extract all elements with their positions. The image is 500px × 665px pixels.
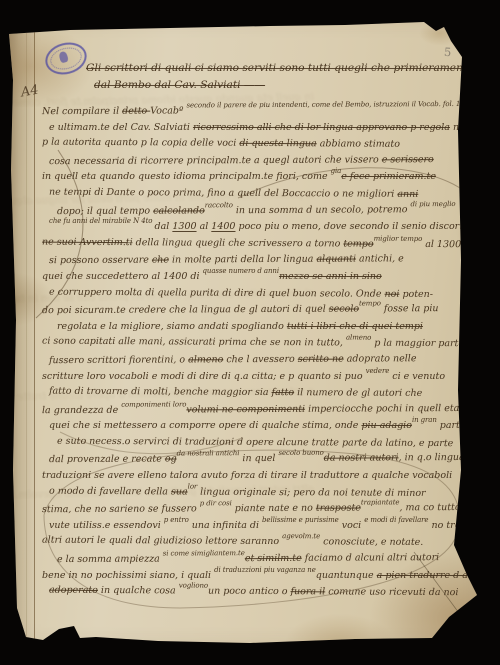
manuscript-line: cosa necessaria di ricorrere principalm.…: [42, 152, 495, 171]
manuscript-body: Nel compilare il detto Vocabº secondo il…: [42, 103, 495, 601]
manuscript-line: scritture loro vocaboli e modi di dire d…: [42, 369, 495, 386]
manuscript-line: regolata e la migliore, siamo andati spo…: [42, 319, 495, 336]
manuscript-line: fatto di trovarne di molti, benche maggi…: [42, 384, 495, 403]
manuscript-line: vute utiliss.e essendovi p entro una inf…: [42, 518, 495, 535]
heading-line: Gli scrittori di quali ci siamo serviti …: [86, 60, 473, 77]
heading-line: dal Bembo dal Cav. Salviati ——: [86, 77, 473, 94]
manuscript-page: in quell eta quando questo idioma princi…: [0, 0, 500, 665]
manuscript-line: traduzioni se avere elleno talora avuto …: [42, 468, 495, 485]
manuscript-line: bene in no pochissimi siano, i quali di …: [42, 568, 495, 585]
manuscript-line: che fu anni del mirabile N 4to dal 1300 …: [42, 219, 495, 236]
manuscript-line: in quell eta quando questo idioma princi…: [42, 169, 495, 186]
oval-library-stamp-icon: [42, 38, 91, 79]
photograph-backdrop: in quell eta quando questo idioma princi…: [0, 0, 500, 665]
manuscript-line: fussero scrittori fiorentini, o almeno c…: [42, 351, 495, 370]
manuscript-line: e ultimam.te del Cav. Salviati ricorress…: [42, 120, 495, 137]
binding-edge: [0, 0, 35, 665]
folio-number: 5: [444, 45, 453, 60]
manuscript-line: adoperato in qualche cosa voglionoun poc…: [42, 583, 495, 602]
manuscript-line: do poi sicuram.te credere che la lingua …: [42, 301, 495, 320]
manuscript-line: dal provenzale e recate ogda nostrali an…: [42, 450, 495, 469]
manuscript-line: quei che si mettessero a comporre opere …: [42, 418, 495, 435]
margin-annotation: A4: [20, 83, 40, 101]
manuscript-line: Nel compilare il detto Vocabº secondo il…: [42, 102, 495, 121]
cancelled-heading: Gli scrittori di quali ci siamo serviti …: [86, 60, 473, 94]
manuscript-line: quei che succedettero al 1400 di quasse …: [42, 269, 495, 286]
